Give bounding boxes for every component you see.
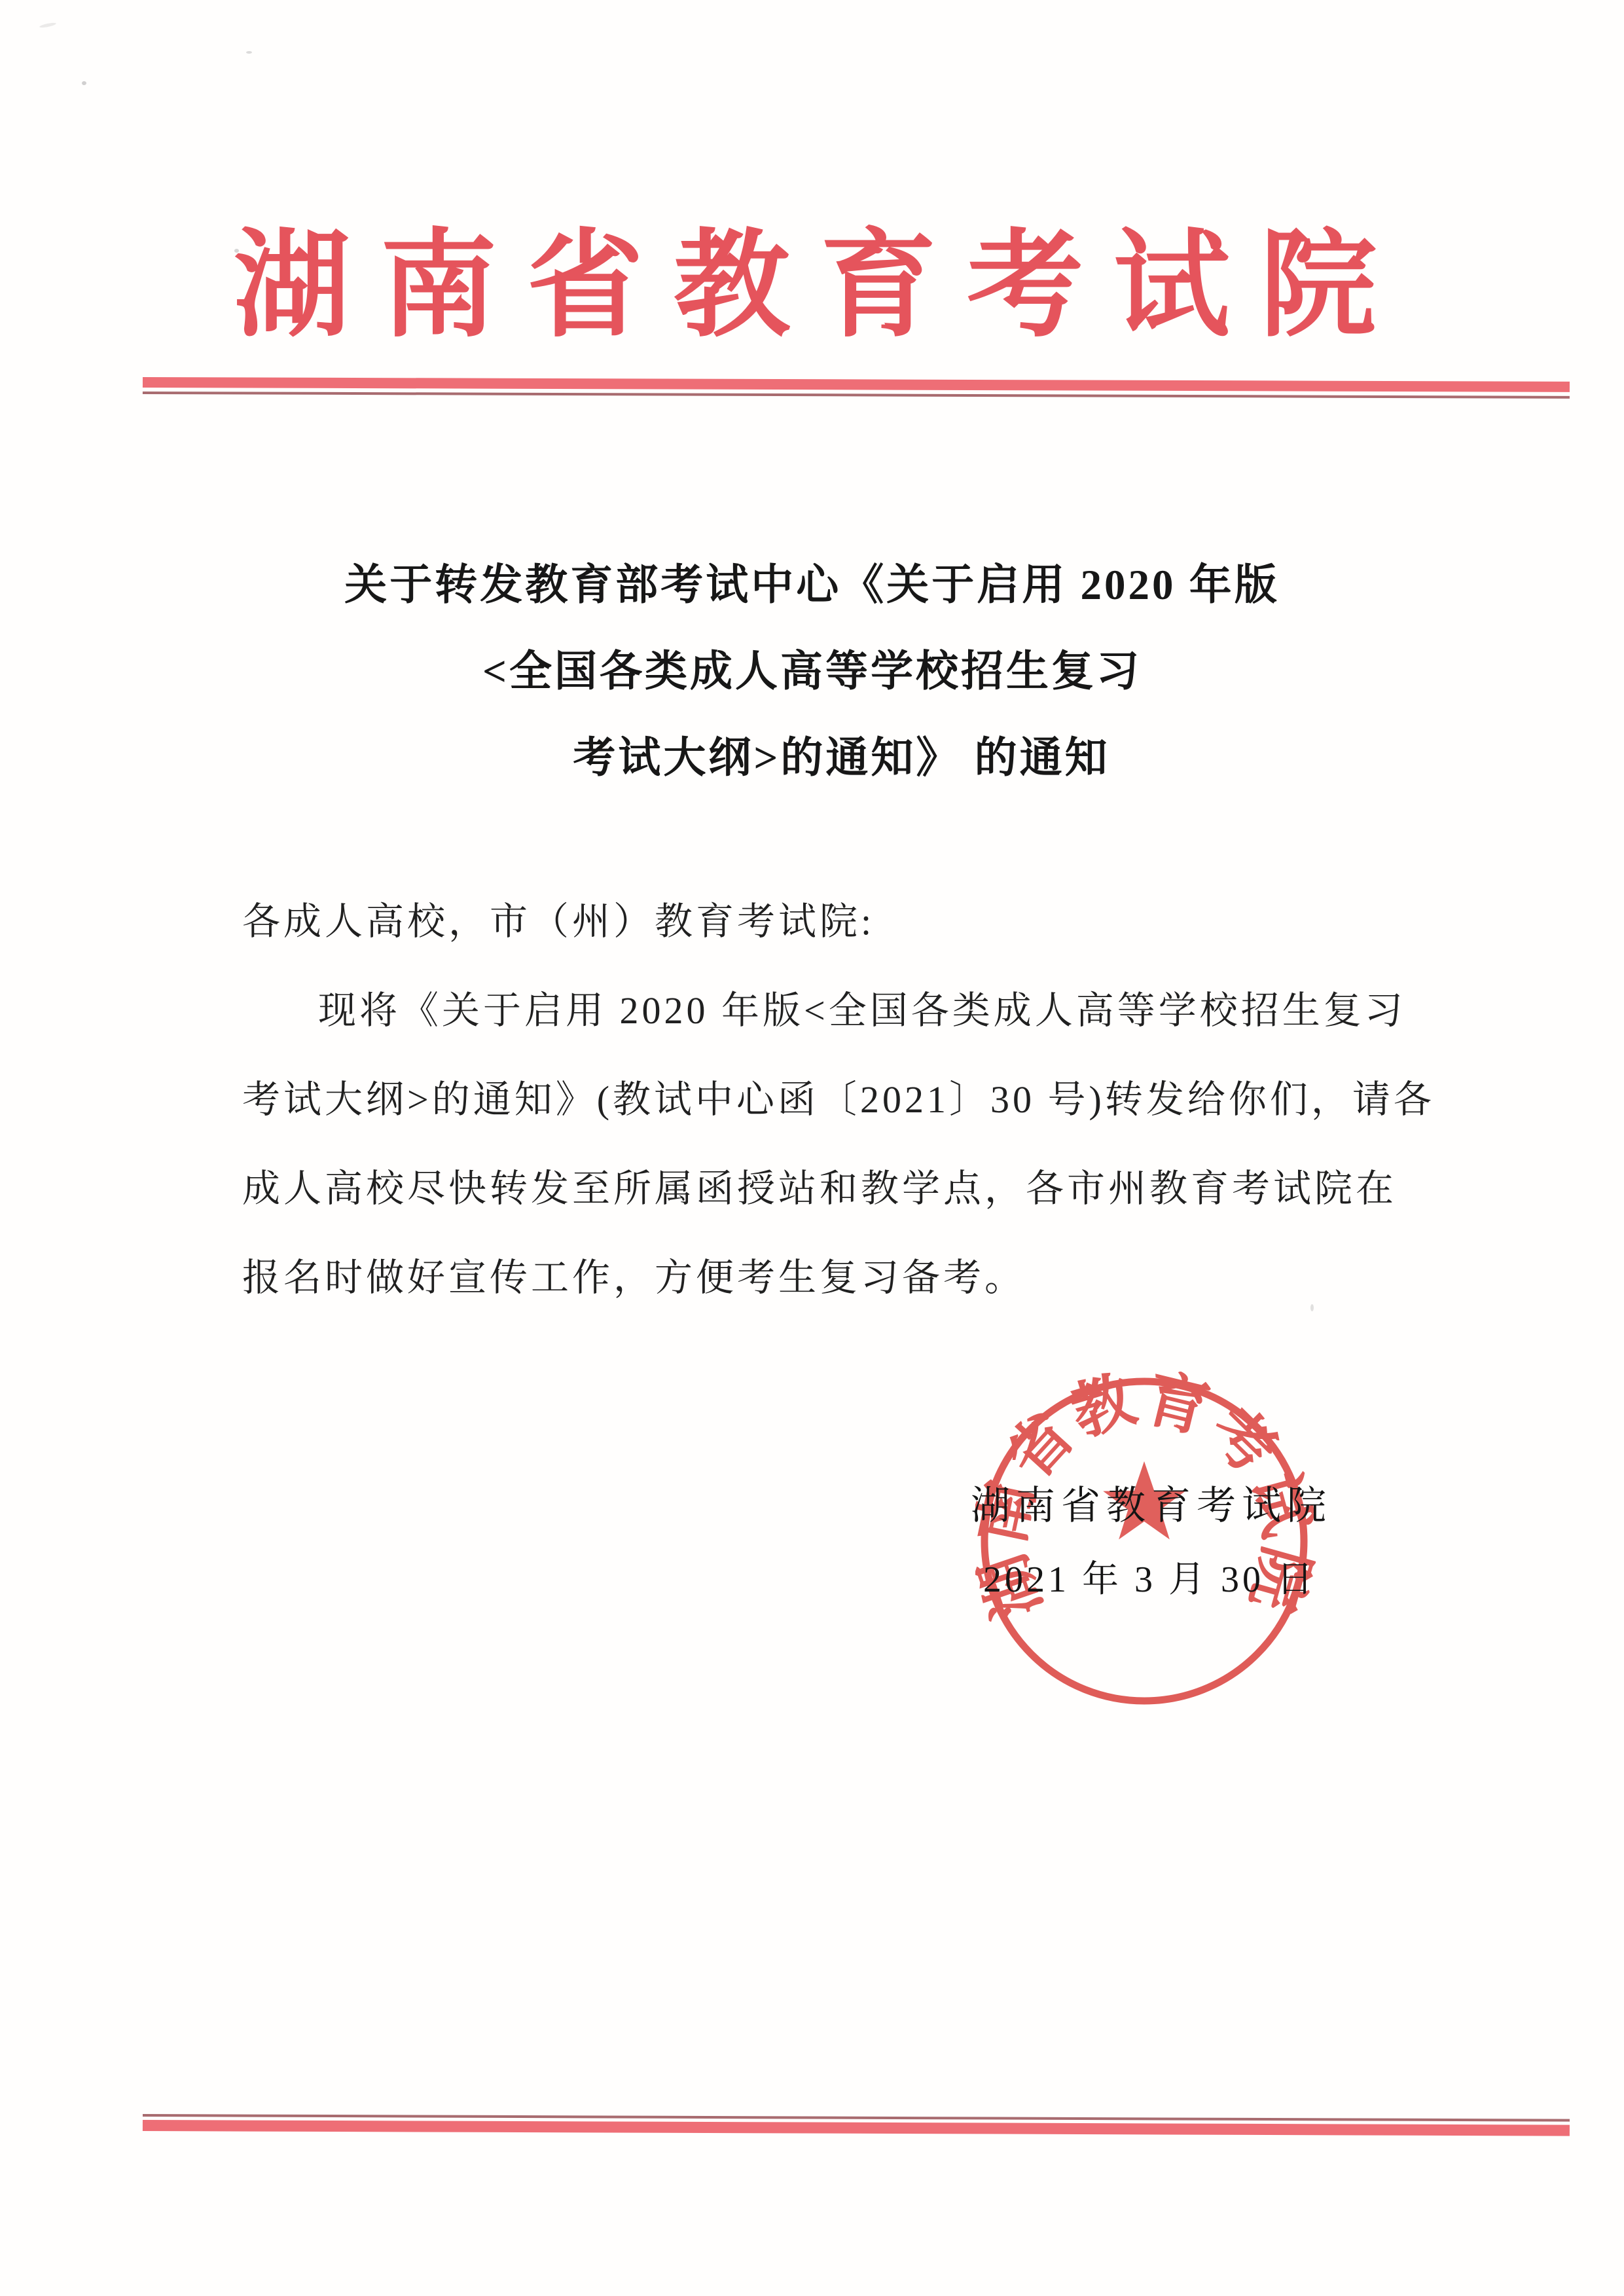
official-seal: 湖南省教育考试院	[975, 1372, 1316, 1715]
scan-artifact	[246, 51, 252, 54]
title-line-1: 关于转发教育部考试中心《关于启用 2020 年版	[0, 542, 1624, 629]
signature-date: 2021 年 3 月 30 日	[983, 1550, 1316, 1603]
scan-artifact	[1310, 1304, 1314, 1311]
document-body: 各成人高校，市（州）教育考试院: 现将《关于启用 2020 年版<全国各类成人高…	[242, 877, 1391, 1322]
body-salutation: 各成人高校，市（州）教育考试院:	[242, 877, 1391, 966]
body-line: 考试大纲>的通知》(教试中心函〔2021〕30 号)转发给你们，请各	[242, 1055, 1391, 1144]
scan-artifact	[39, 22, 56, 28]
scan-artifact	[82, 81, 86, 85]
body-line: 报名时做好宣传工作，方便考生复习备考。	[242, 1233, 1391, 1322]
title-line-3: 考试大纲>的通知》 的通知	[29, 715, 1624, 801]
signature-issuer: 湖南省教育考试院	[971, 1474, 1332, 1531]
letterhead-title: 湖南省教育考试院	[16, 228, 1624, 344]
header-rule-thick-line	[143, 377, 1570, 392]
document-title: 关于转发教育部考试中心《关于启用 2020 年版 <全国各类成人高等学校招生复习…	[0, 542, 1624, 801]
body-line: 成人高校尽快转发至所属函授站和教学点，各市州教育考试院在	[242, 1144, 1391, 1233]
footer-rule	[143, 2114, 1570, 2136]
header-rule-thin-line	[143, 392, 1570, 399]
title-line-2: <全国各类成人高等学校招生复习	[0, 629, 1624, 715]
scan-artifact	[234, 249, 239, 253]
body-line: 现将《关于启用 2020 年版<全国各类成人高等学校招生复习	[242, 966, 1391, 1055]
document-page: 湖南省教育考试院 关于转发教育部考试中心《关于启用 2020 年版 <全国各类成…	[0, 0, 1624, 2296]
footer-rule-thick-line	[143, 2120, 1570, 2136]
header-rule	[143, 377, 1570, 399]
